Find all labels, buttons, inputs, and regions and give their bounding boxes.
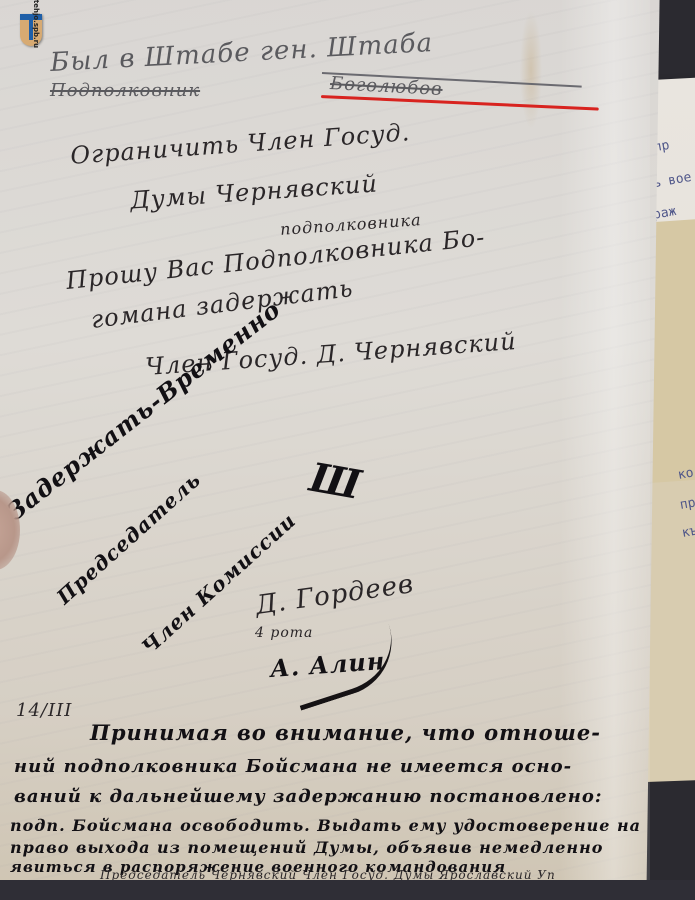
header-line-2-struck: Подполковник — [50, 80, 200, 101]
signature-scribble: Ш — [306, 454, 365, 509]
resolution-line-3: ваний к дальнейшему задержанию постановл… — [14, 786, 603, 807]
paper-stain — [520, 10, 542, 130]
typed-text-line: ко — [677, 465, 695, 482]
resolution-line-4: подп. Бойсмана освободить. Выдать ему уд… — [10, 816, 641, 835]
resolution-line-5: право выхода из помещений Думы, объявив … — [10, 838, 603, 857]
resolution-date: 14/III — [16, 700, 72, 721]
typed-text-line: пр — [679, 495, 695, 512]
watermark-logo: tehjo.spb.ru — [16, 12, 48, 46]
signature-1-subtitle: 4 рота — [255, 625, 313, 641]
watermark-text: tehjo.spb.ru — [32, 0, 40, 48]
resolution-line-1: Принимая во внимание, что отноше- — [90, 720, 601, 745]
table-surface — [0, 880, 695, 900]
typed-text-line: къ — [681, 523, 695, 540]
resolution-line-2: ний подполковника Бойсмана не имеется ос… — [14, 756, 572, 777]
